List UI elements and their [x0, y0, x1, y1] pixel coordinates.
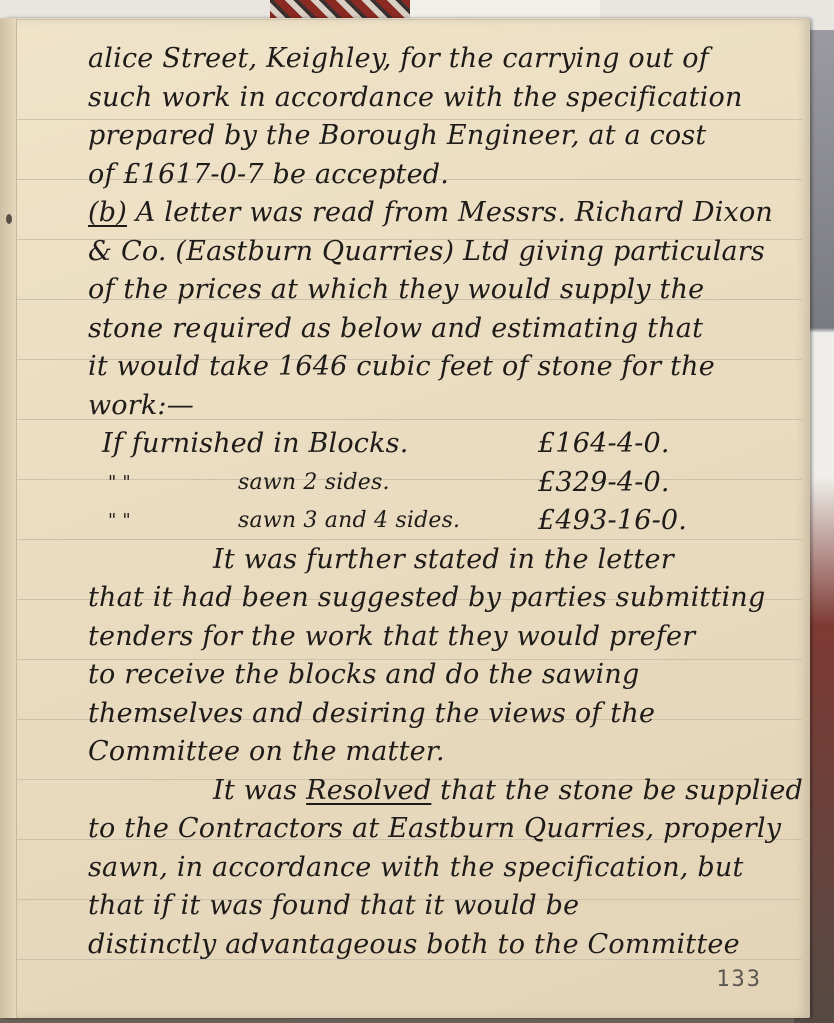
- text-line: of £1617-0-7 be accepted.: [88, 156, 803, 195]
- price-amount: £329-4-0.: [538, 464, 670, 503]
- text-line: stone required as below and estimating t…: [88, 310, 803, 349]
- page-number-stamp: 133: [716, 967, 762, 992]
- price-description: sawn 3 and 4 sides.: [238, 502, 460, 541]
- price-description: sawn 2 sides.: [238, 464, 390, 503]
- item-marker: (b): [88, 197, 127, 228]
- page-binding: [0, 18, 17, 1018]
- price-table: If furnished in Blocks. £164-4-0. " " sa…: [88, 425, 803, 541]
- item-b-first-line: (b) A letter was read from Messrs. Richa…: [88, 194, 803, 233]
- ditto-mark: " ": [108, 464, 131, 503]
- text-line: It was further stated in the letter: [88, 541, 803, 580]
- price-row: " " sawn 2 sides. £329-4-0.: [88, 464, 803, 503]
- notebook-page: alice Street, Keighley, for the carrying…: [0, 18, 810, 1018]
- price-description: If furnished in Blocks.: [102, 425, 409, 464]
- price-row: If furnished in Blocks. £164-4-0.: [88, 425, 803, 464]
- text-line: distinctly advantageous both to the Comm…: [88, 926, 803, 965]
- text-line: of the prices at which they would supply…: [88, 271, 803, 310]
- text-line: prepared by the Borough Engineer, at a c…: [88, 117, 803, 156]
- text-line: to the Contractors at Eastburn Quarries,…: [88, 810, 803, 849]
- text-line: & Co. (Eastburn Quarries) Ltd giving par…: [88, 233, 803, 272]
- text-span: It was: [213, 775, 297, 806]
- price-amount: £164-4-0.: [538, 425, 670, 464]
- resolution-first-line: It was Resolved that the stone be suppli…: [88, 772, 803, 811]
- text-line: such work in accordance with the specifi…: [88, 79, 803, 118]
- text-span: that the stone be supplied: [440, 775, 803, 806]
- price-amount: £493-16-0.: [538, 502, 687, 541]
- text-line: work:—: [88, 387, 803, 426]
- ditto-mark: " ": [108, 502, 131, 541]
- resolved-keyword: Resolved: [306, 775, 431, 806]
- text-line: sawn, in accordance with the specificati…: [88, 849, 803, 888]
- text-line: alice Street, Keighley, for the carrying…: [88, 40, 803, 79]
- text-span: A letter was read from Messrs. Richard D…: [136, 197, 773, 228]
- background-printed-paper: [410, 0, 600, 20]
- handwritten-minutes: alice Street, Keighley, for the carrying…: [88, 40, 803, 964]
- text-line: Committee on the matter.: [88, 733, 803, 772]
- text-line: to receive the blocks and do the sawing: [88, 656, 803, 695]
- text-line: it would take 1646 cubic feet of stone f…: [88, 348, 803, 387]
- price-row: " " sawn 3 and 4 sides. £493-16-0.: [88, 502, 803, 541]
- text-line: themselves and desiring the views of the: [88, 695, 803, 734]
- text-line: that if it was found that it would be: [88, 887, 803, 926]
- text-line: tenders for the work that they would pre…: [88, 618, 803, 657]
- margin-mark: [6, 214, 12, 224]
- text-line: that it had been suggested by parties su…: [88, 579, 803, 618]
